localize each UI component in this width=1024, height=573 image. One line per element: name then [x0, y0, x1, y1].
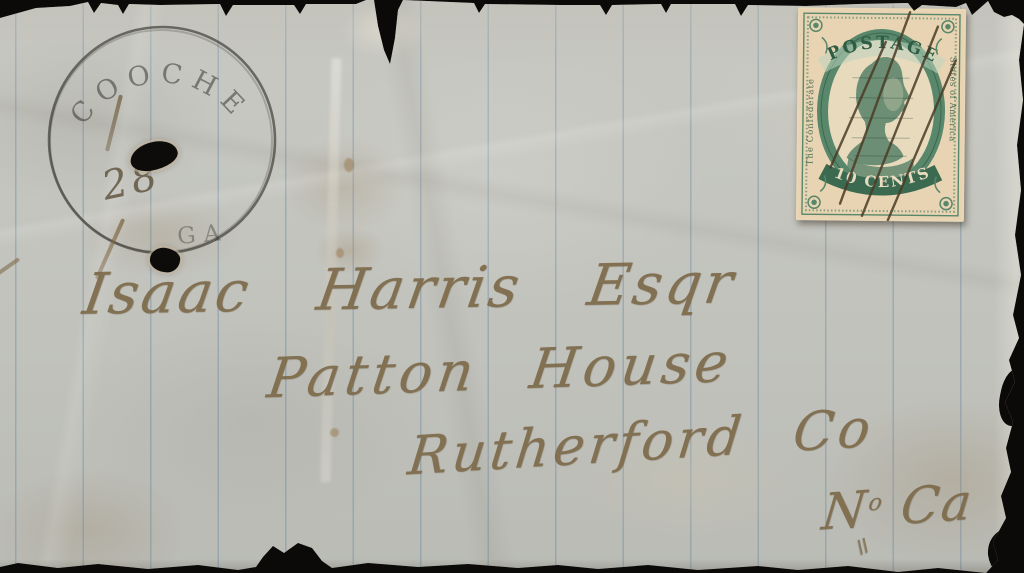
state-abbrev-ca: Ca: [898, 472, 976, 536]
pen-corner-stroke: [0, 257, 20, 279]
address-line-4: No= Ca: [819, 472, 976, 541]
stain-speck: [330, 428, 339, 437]
postmark-state-text: GA: [176, 220, 229, 250]
stamp-left-text: The Confederate: [805, 78, 816, 165]
postmark-town-text: COOCHE: [64, 58, 256, 131]
envelope-photo: COOCHE GA 28: [0, 0, 1024, 573]
address-line-2: Patton House: [264, 330, 738, 411]
torn-edge-fibers: [994, 0, 1024, 573]
state-abbrev-superscript-o: o: [867, 489, 885, 516]
envelope-paper: COOCHE GA 28: [0, 0, 1024, 573]
state-abbrev-n: N: [819, 480, 871, 542]
address-line-3: Rutherford Co: [405, 397, 877, 487]
edge-tear: [985, 525, 1024, 573]
bottom-edge-shadow: [0, 559, 1024, 573]
confederate-10c-stamp: POSTAGE 10 CENTS The Confederate States …: [796, 7, 966, 222]
stain-speck: [344, 158, 354, 172]
